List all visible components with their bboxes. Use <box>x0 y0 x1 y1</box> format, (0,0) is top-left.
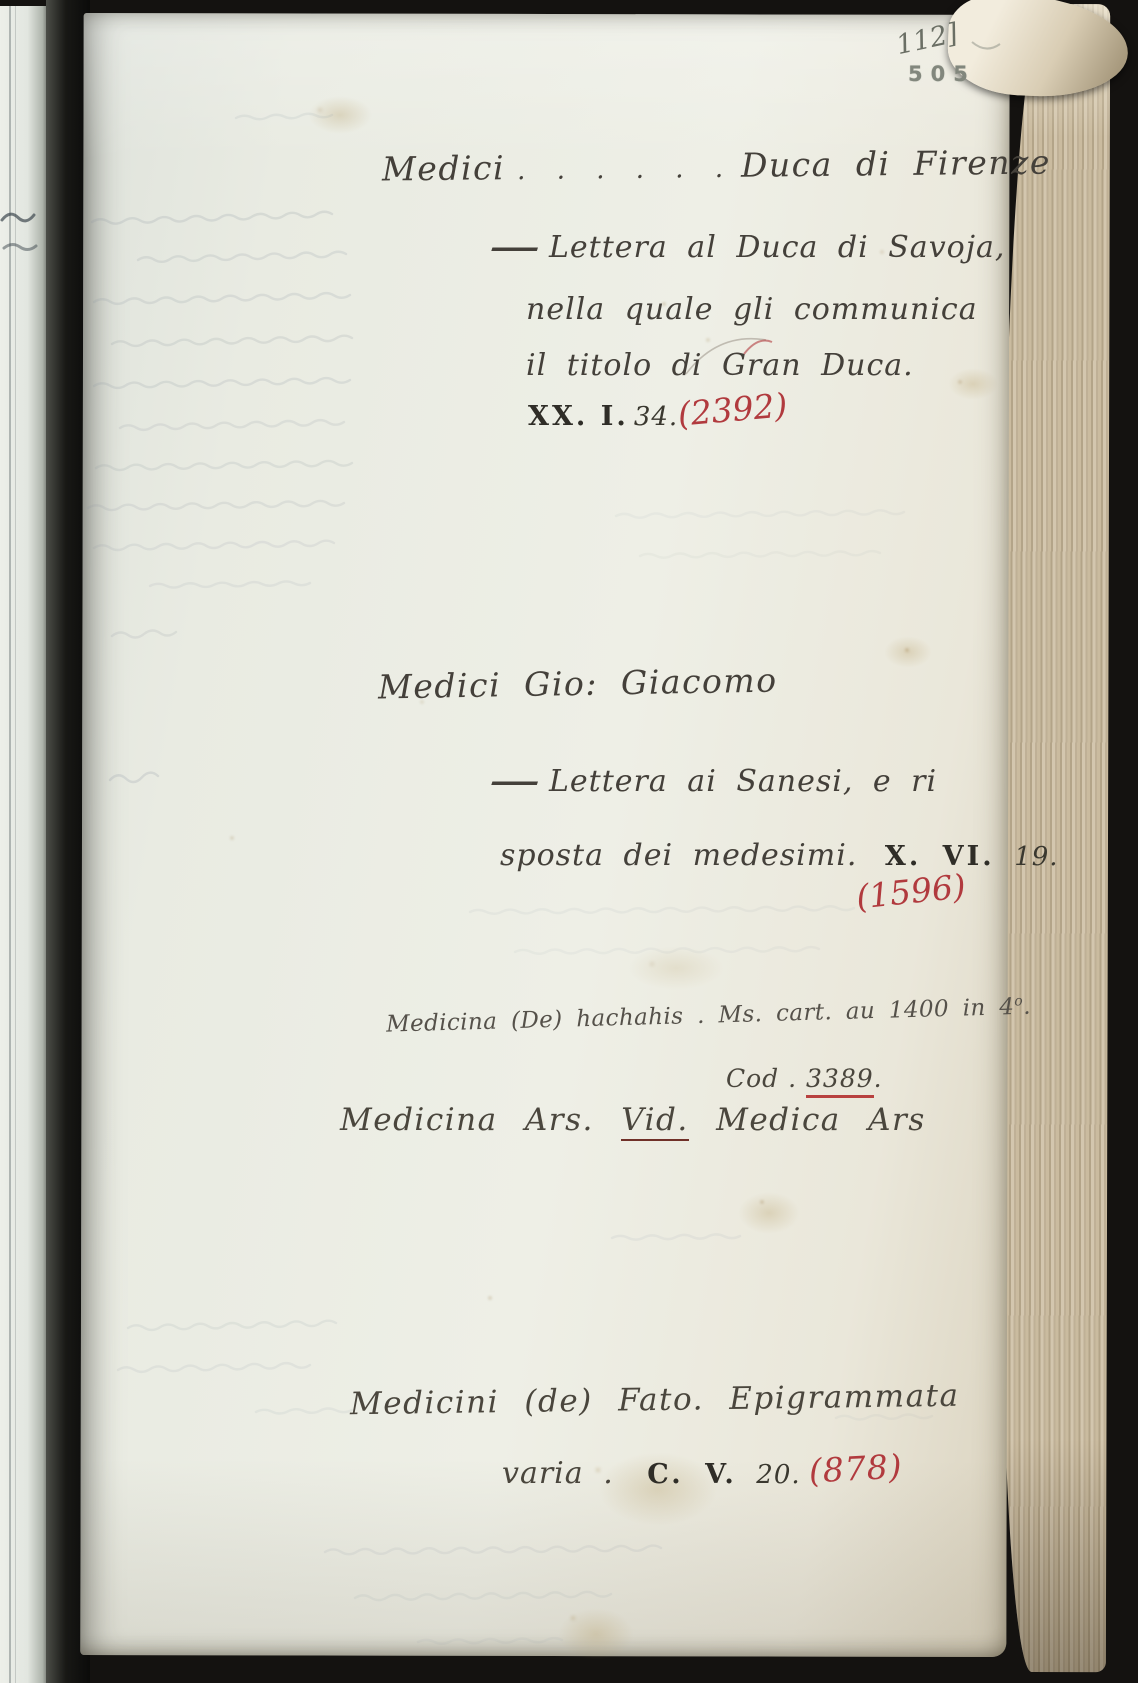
entry-heading-line: Medici Gio: Giacomo <box>378 661 778 707</box>
entry-text: . <box>874 1064 883 1093</box>
entry-text-line: sposta dei medesimi. X. VI. 19. <box>500 838 1059 873</box>
shelfmark-number: 20. <box>756 1460 800 1490</box>
entry-text: Lettera al Duca di Savoja, <box>549 230 1005 265</box>
red-reference-number: (2392) <box>676 385 789 433</box>
entry-text: varia . <box>502 1456 614 1491</box>
shelfmark: XX. I. <box>528 401 629 432</box>
entry-text: Lettera ai Sanesi, e ri <box>549 764 937 799</box>
entry-text-line: —Lettera al Duca di Savoja, <box>500 230 1005 265</box>
manuscript-photo: 112] 505 Medici. . . . . .Duca di Firenz… <box>0 0 1138 1683</box>
shelfmark-number: 34. <box>634 402 678 432</box>
codex-number: 3389 <box>806 1064 874 1098</box>
entry-text: . <box>1023 994 1031 1020</box>
shelfmark: X. VI. <box>885 841 995 872</box>
entry-text: Medica Ars <box>716 1102 926 1138</box>
catalog-entry-medicina-ars: Medicina Ars. Vid. Medica Ars <box>340 1102 926 1138</box>
codex-line: Cod . 3389. <box>726 1064 883 1093</box>
codex-label: Cod . <box>726 1064 797 1093</box>
vide-cross-reference: Vid. <box>621 1102 688 1141</box>
entry-heading-line: Medici. . . . . .Duca di Firenze <box>382 142 1051 188</box>
page-edge-streak <box>15 6 16 1683</box>
previous-page-edge <box>0 6 50 1683</box>
shelfmark: C. V. <box>647 1459 736 1490</box>
entry-text-line: nella quale gli communica <box>526 292 978 327</box>
em-dash: — <box>489 764 542 799</box>
entry-text-line: il titolo di Gran Duca. <box>526 348 914 383</box>
entry-text-line: —Lettera ai Sanesi, e ri <box>500 764 937 799</box>
page-number-stamp: 505 <box>908 62 976 86</box>
em-dash: — <box>489 230 542 265</box>
entry-text: sposta dei medesimi. <box>500 838 857 873</box>
shelfmark-number: 19. <box>1014 842 1058 872</box>
foxing-specks <box>0 0 4 4</box>
entry-name: Medici <box>382 148 505 188</box>
leader-dots: . . . . . . <box>517 154 729 186</box>
shelfmark-line: XX. I. 34.(2392) <box>528 394 788 433</box>
entry-text-line: varia . C. V. 20.(878) <box>502 1452 902 1491</box>
entry-title: Duca di Firenze <box>741 142 1051 184</box>
page-edge-streak <box>9 6 11 1683</box>
entry-text: Medicina Ars. <box>340 1102 594 1138</box>
red-reference-number: (878) <box>808 1447 904 1491</box>
